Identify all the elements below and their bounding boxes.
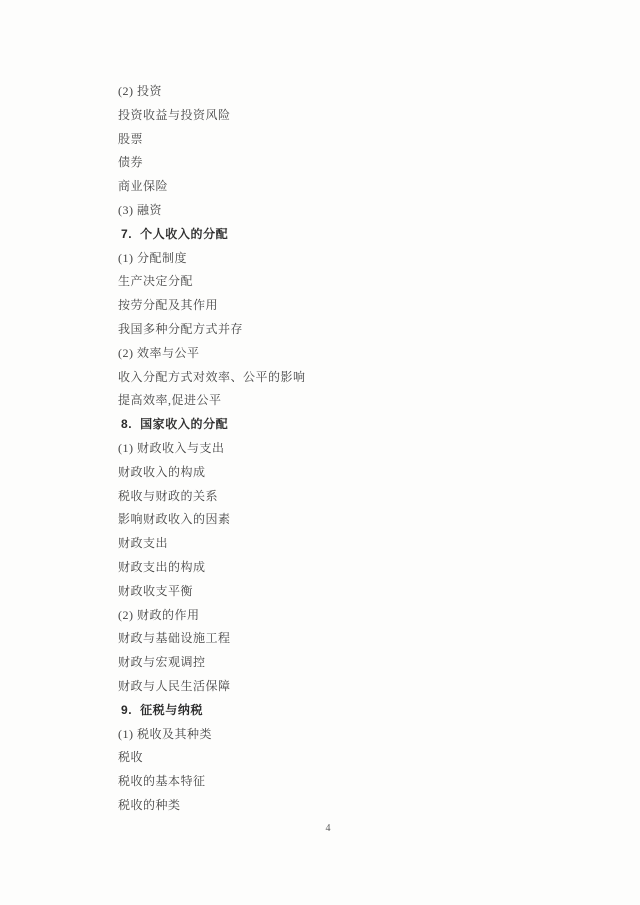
outline-item: (2) 投资 xyxy=(118,80,600,104)
outline-item: 税收 xyxy=(118,746,600,770)
section-heading: 7. 个人收入的分配 xyxy=(118,223,600,247)
outline-item: (1) 分配制度 xyxy=(118,247,600,271)
outline-item: 投资收益与投资风险 xyxy=(118,104,600,128)
document-page: (2) 投资投资收益与投资风险股票债券商业保险(3) 融资7. 个人收入的分配(… xyxy=(0,0,640,905)
outline-item: (3) 融资 xyxy=(118,199,600,223)
outline-item: 收入分配方式对效率、公平的影响 xyxy=(118,366,600,390)
outline-item: 提高效率,促进公平 xyxy=(118,389,600,413)
outline-item: 税收与财政的关系 xyxy=(118,485,600,509)
page-footer: 4 xyxy=(0,818,640,836)
outline-item: 影响财政收入的因素 xyxy=(118,508,600,532)
outline-item: 财政收支平衡 xyxy=(118,580,600,604)
outline-item: (2) 财政的作用 xyxy=(118,604,600,628)
outline-item: 按劳分配及其作用 xyxy=(118,294,600,318)
outline-item: 税收的种类 xyxy=(118,794,600,818)
outline-item: 股票 xyxy=(118,128,600,152)
outline-item: (1) 税收及其种类 xyxy=(118,723,600,747)
outline-item: 财政与宏观调控 xyxy=(118,651,600,675)
outline-item: 财政支出的构成 xyxy=(118,556,600,580)
outline-item: 我国多种分配方式并存 xyxy=(118,318,600,342)
outline-item: 财政与人民生活保障 xyxy=(118,675,600,699)
section-heading: 9. 征税与纳税 xyxy=(118,699,600,723)
outline-item: 债券 xyxy=(118,151,600,175)
outline-item: 财政收入的构成 xyxy=(118,461,600,485)
section-heading: 8. 国家收入的分配 xyxy=(118,413,600,437)
outline-item: 财政支出 xyxy=(118,532,600,556)
outline-item: 商业保险 xyxy=(118,175,600,199)
outline-item: 生产决定分配 xyxy=(118,270,600,294)
outline-item: (2) 效率与公平 xyxy=(118,342,600,366)
outline-item: 财政与基础设施工程 xyxy=(118,627,600,651)
page-number: 4 xyxy=(326,823,331,834)
outline-item: 税收的基本特征 xyxy=(118,770,600,794)
content-lines: (2) 投资投资收益与投资风险股票债券商业保险(3) 融资7. 个人收入的分配(… xyxy=(118,80,600,818)
outline-item: (1) 财政收入与支出 xyxy=(118,437,600,461)
